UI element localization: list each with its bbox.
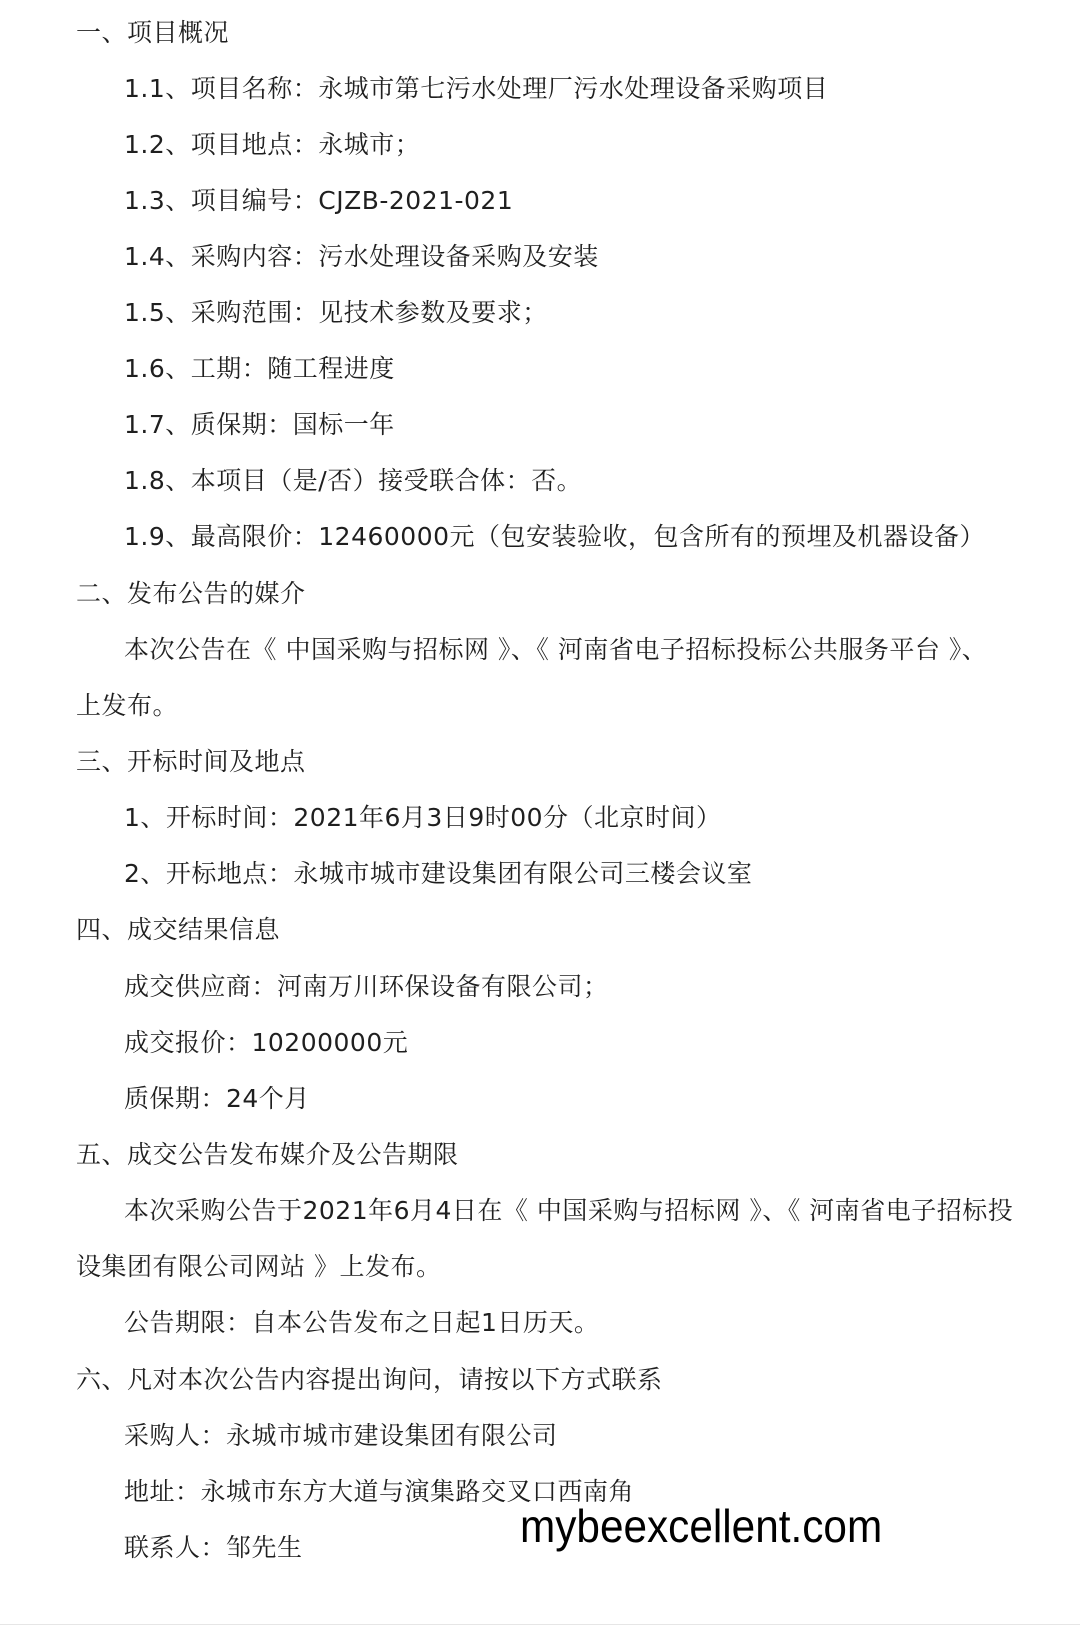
- item-purchaser: 采购人：永城市城市建设集团有限公司: [124, 1419, 558, 1453]
- item-construction-period: 1.6、工期：随工程进度: [124, 352, 395, 386]
- item-consortium-accepted: 1.8、本项目（是/否）接受联合体：否。: [124, 464, 582, 498]
- item-winning-price: 成交报价：10200000元: [124, 1026, 408, 1060]
- item-award-warranty: 质保期：24个月: [124, 1082, 310, 1116]
- section-heading-project-overview: 一、项目概况: [76, 16, 229, 50]
- publication-media-paragraph-line2: 上发布。: [76, 689, 178, 723]
- item-bid-opening-time: 1、开标时间：2021年6月3日9时00分（北京时间）: [124, 801, 722, 835]
- item-winning-supplier: 成交供应商：河南万川环保设备有限公司；: [124, 970, 609, 1004]
- section-heading-contact: 六、凡对本次公告内容提出询问，请按以下方式联系: [76, 1363, 663, 1397]
- item-max-price: 1.9、最高限价：12460000元（包安装验收，包含所有的预埋及机器设备）: [124, 520, 985, 554]
- item-project-location: 1.2、项目地点：永城市；: [124, 128, 420, 162]
- item-bid-opening-location: 2、开标地点：永城市城市建设集团有限公司三楼会议室: [124, 857, 752, 891]
- item-announcement-period: 公告期限：自本公告发布之日起1日历天。: [124, 1306, 599, 1340]
- item-project-name: 1.1、项目名称：永城市第七污水处理厂污水处理设备采购项目: [124, 72, 828, 106]
- item-project-number: 1.3、项目编号：CJZB-2021-021: [124, 184, 513, 218]
- award-announcement-paragraph-line1: 本次采购公告于2021年6月4日在《 中国采购与招标网 》、《 河南省电子招标投: [124, 1194, 1013, 1228]
- watermark-text: mybeexcellent.com: [520, 1500, 882, 1552]
- item-procurement-scope: 1.5、采购范围：见技术参数及要求；: [124, 296, 548, 330]
- section-heading-publication-media: 二、发布公告的媒介: [76, 577, 306, 611]
- section-heading-award-announcement-media: 五、成交公告发布媒介及公告期限: [76, 1138, 459, 1172]
- section-heading-award-result: 四、成交结果信息: [76, 913, 280, 947]
- bottom-divider: [0, 1624, 1080, 1625]
- section-heading-bid-opening: 三、开标时间及地点: [76, 745, 306, 779]
- item-procurement-content: 1.4、采购内容：污水处理设备采购及安装: [124, 240, 599, 274]
- item-warranty-period: 1.7、质保期：国标一年: [124, 408, 395, 442]
- item-contact-person: 联系人：邹先生: [124, 1531, 303, 1565]
- award-announcement-paragraph-line2: 设集团有限公司网站 》上发布。: [76, 1250, 441, 1284]
- publication-media-paragraph-line1: 本次公告在《 中国采购与招标网 》、《 河南省电子招标投标公共服务平台 》、: [124, 633, 987, 667]
